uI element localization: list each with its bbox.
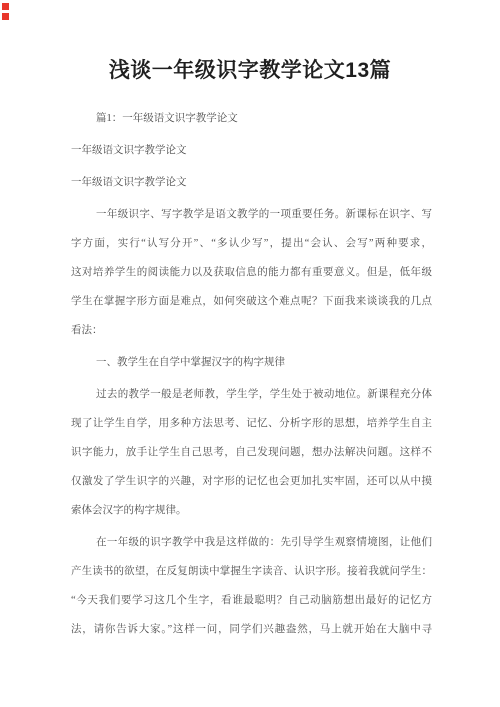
text-line: 学生在掌握字形方面是难点，如何突破这个难点呢？下面我来谈谈我的几点	[71, 287, 432, 316]
paragraph: 一、教学生在自学中掌握汉字的构字规律	[71, 348, 432, 377]
paragraph: 一年级识字、写字教学是语文教学的一项重要任务。新课标在识字、写 字方面，实行“认…	[71, 200, 432, 345]
document-body: 篇1：一年级语文识字教学论文 一年级语文识字教学论文 一年级语文识字教学论文 一…	[71, 104, 432, 647]
paragraph: 过去的教学一般是老师教，学生学，学生处于被动地位。新课程充分体 现了让学生自学，…	[71, 380, 432, 525]
text-line: 法，请你告诉大家。”这样一问，同学们兴趣盎然，马上就开始在大脑中寻	[71, 615, 432, 644]
text-line: 现了让学生自学，用多种方法思考、记忆、分析字形的思想，培养学生自主	[71, 409, 432, 438]
red-watermark-icon	[2, 3, 9, 20]
red-square-mark	[2, 13, 9, 20]
text-line: 这对培养学生的阅读能力以及获取信息的能力都有重要意义。但是，低年级	[71, 258, 432, 287]
text-line: 识字能力，放手让学生自己思考，自己发现问题，想办法解决问题。这样不	[71, 438, 432, 467]
text-line: “今天我们要学习这几个生字，看谁最聪明？自己动脑筋想出最好的记忆方	[71, 586, 432, 615]
text-line: 索体会汉字的构字规律。	[71, 496, 432, 525]
paragraph: 一年级语文识字教学论文	[71, 136, 432, 165]
text-line: 在一年级的识字教学中我是这样做的：先引导学生观察情境图，让他们	[71, 528, 432, 557]
section-heading-line: 一、教学生在自学中掌握汉字的构字规律	[71, 348, 432, 377]
text-line: 一年级识字、写字教学是语文教学的一项重要任务。新课标在识字、写	[71, 200, 432, 229]
text-line: 篇1：一年级语文识字教学论文	[71, 104, 432, 133]
text-line: 一年级语文识字教学论文	[71, 168, 432, 197]
document-title: 浅谈一年级识字教学论文13篇	[0, 56, 500, 86]
paragraph: 在一年级的识字教学中我是这样做的：先引导学生观察情境图，让他们 产生读书的欲望，…	[71, 528, 432, 644]
paragraph: 一年级语文识字教学论文	[71, 168, 432, 197]
document-page: 浅谈一年级识字教学论文13篇 篇1：一年级语文识字教学论文 一年级语文识字教学论…	[0, 0, 500, 707]
text-line: 过去的教学一般是老师教，学生学，学生处于被动地位。新课程充分体	[71, 380, 432, 409]
text-line: 仅激发了学生识字的兴趣，对字形的记忆也会更加扎实牢固，还可以从中摸	[71, 467, 432, 496]
red-square-mark	[2, 3, 9, 10]
text-line: 看法：	[71, 316, 432, 345]
paragraph: 篇1：一年级语文识字教学论文	[71, 104, 432, 133]
text-line: 一年级语文识字教学论文	[71, 136, 432, 165]
text-line: 字方面，实行“认写分开”、“多认少写”，提出“会认、会写”两种要求，	[71, 229, 432, 258]
text-line: 产生读书的欲望，在反复朗读中掌握生字读音、认识字形。接着我就问学生：	[71, 557, 432, 586]
